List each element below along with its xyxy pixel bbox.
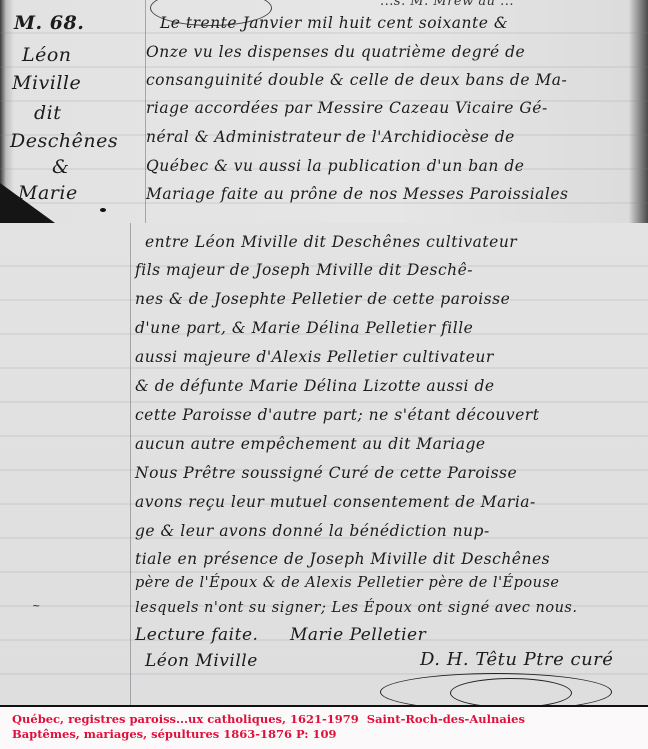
record-text-line: consanguinité double & celle de deux ban…	[146, 71, 567, 89]
margin-name: Marie	[18, 182, 78, 204]
record-text-line: Québec & vu aussi la publication d'un ba…	[146, 157, 524, 175]
register-scan-top: ...s. M. Mrew au ... M. 68. Léon Miville…	[0, 0, 648, 223]
record-text-line: riage accordées par Messire Cazeau Vicai…	[146, 99, 548, 117]
margin-name: &	[52, 156, 69, 178]
record-text-line: Mariage faite au prône de nos Messes Par…	[146, 185, 569, 203]
signature-priest: D. H. Têtu Ptre curé	[420, 649, 613, 670]
register-scan-bottom: ~ entre Léon Miville dit Deschênes culti…	[0, 223, 648, 705]
record-text-line: ge & leur avons donné la bénédiction nup…	[135, 522, 490, 540]
record-text-line: aucun autre empêchement au dit Mariage	[135, 435, 486, 453]
image-bottom-border	[0, 705, 648, 707]
signature-flourish	[450, 678, 572, 705]
ink-blot	[100, 208, 106, 212]
caption-line-2: Baptêmes, mariages, sépultures 1863-1876…	[12, 727, 525, 742]
signature-bride: Marie Pelletier	[290, 625, 426, 645]
record-text-line: tiale en présence de Joseph Miville dit …	[135, 550, 550, 568]
record-text-line: avons reçu leur mutuel consentement de M…	[135, 493, 536, 511]
margin-name: Miville	[12, 72, 81, 94]
signature-groom: Léon Miville	[145, 651, 258, 671]
record-text-line: Nous Prêtre soussigné Curé de cette Paro…	[135, 464, 517, 482]
record-text-line: Onze vu les dispenses du quatrième degré…	[146, 43, 525, 61]
collection-title: Québec, registres paroiss...ux catholiqu…	[12, 712, 359, 726]
record-text-line: Le trente Janvier mil huit cent soixante…	[160, 14, 508, 32]
margin-rule	[130, 223, 131, 705]
record-text-line: lesquels n'ont su signer; Les Époux ont …	[135, 600, 577, 616]
record-text-line: père de l'Époux & de Alexis Pelletier pè…	[135, 575, 560, 591]
record-text-line: néral & Administrateur de l'Archidiocèse…	[146, 128, 515, 146]
previous-record-fragment: ...s. M. Mrew au ...	[380, 0, 514, 9]
record-text-line: entre Léon Miville dit Deschênes cultiva…	[145, 233, 517, 251]
record-text-line: cette Paroisse d'autre part; ne s'étant …	[135, 406, 539, 424]
source-caption: Québec, registres paroiss...ux catholiqu…	[12, 712, 525, 742]
margin-mark: ~	[32, 601, 41, 612]
margin-name: Deschênes	[10, 130, 118, 152]
record-text-line: aussi majeure d'Alexis Pelletier cultiva…	[135, 348, 494, 366]
lecture-faite: Lecture faite.	[135, 625, 258, 645]
record-number: M. 68.	[14, 12, 84, 34]
caption-line-1: Québec, registres paroiss...ux catholiqu…	[12, 712, 525, 727]
margin-name: Léon	[22, 44, 72, 66]
record-text-line: d'une part, & Marie Délina Pelletier fil…	[135, 319, 473, 337]
record-text-line: fils majeur de Joseph Miville dit Deschê…	[135, 261, 473, 279]
record-text-line: & de défunte Marie Délina Lizotte aussi …	[135, 377, 495, 395]
margin-name: dit	[34, 102, 61, 124]
parish-name: Saint-Roch-des-Aulnaies	[367, 712, 525, 726]
record-text-line: nes & de Josephte Pelletier de cette par…	[135, 290, 510, 308]
